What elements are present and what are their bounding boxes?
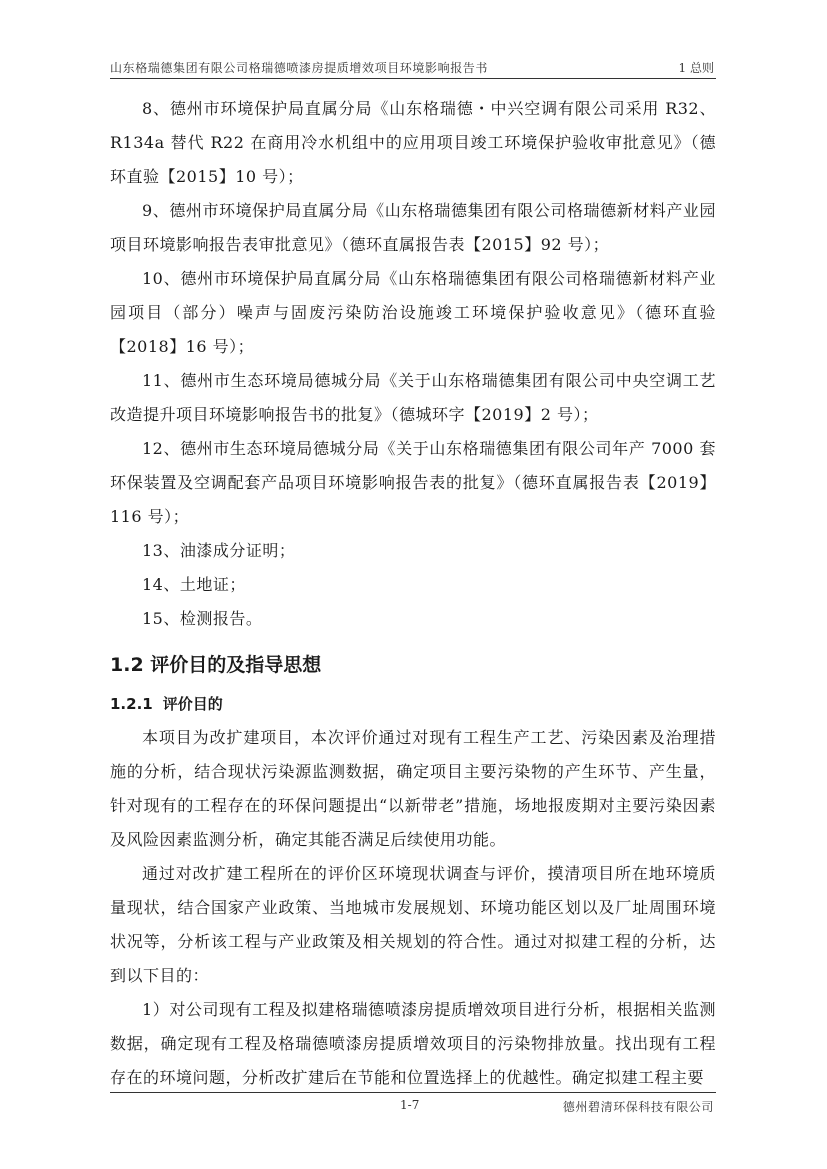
page-number: 1-7 bbox=[400, 1098, 419, 1112]
page-header: 山东格瑞德集团有限公司格瑞德喷漆房提质增效项目环境影响报告书 1 总则 bbox=[110, 58, 716, 79]
reference-item: 9、德州市环境保护局直属分局《山东格瑞德集团有限公司格瑞德新材料产业园项目环境影… bbox=[110, 194, 716, 262]
subsection-heading: 1.2.1评价目的 bbox=[110, 687, 716, 721]
page-footer: 1-7 德州碧清环保科技有限公司 bbox=[110, 1092, 716, 1113]
section-heading: 1.2 评价目的及指导思想 bbox=[110, 653, 716, 677]
reference-item: 10、德州市环境保护局直属分局《山东格瑞德集团有限公司格瑞德新材料产业园项目（部… bbox=[110, 262, 716, 364]
subsection-title: 评价目的 bbox=[163, 695, 223, 713]
body-paragraph: 1）对公司现有工程及拟建格瑞德喷漆房提质增效项目进行分析，根据相关监测数据，确定… bbox=[110, 993, 716, 1095]
reference-item: 12、德州市生态环境局德城分局《关于山东格瑞德集团有限公司年产 7000 套环保… bbox=[110, 432, 716, 534]
page-body: 8、德州市环境保护局直属分局《山东格瑞德・中兴空调有限公司采用 R32、R134… bbox=[110, 92, 716, 1095]
reference-item: 11、德州市生态环境局德城分局《关于山东格瑞德集团有限公司中央空调工艺改造提升项… bbox=[110, 364, 716, 432]
body-paragraph: 通过对改扩建工程所在的评价区环境现状调查与评价，摸清项目所在地环境质量现状，结合… bbox=[110, 857, 716, 993]
reference-item: 13、油漆成分证明； bbox=[110, 534, 716, 568]
document-title: 山东格瑞德集团有限公司格瑞德喷漆房提质增效项目环境影响报告书 bbox=[110, 59, 488, 76]
reference-item: 15、检测报告。 bbox=[110, 602, 716, 636]
subsection-number: 1.2.1 bbox=[110, 695, 153, 713]
company-name: 德州碧清环保科技有限公司 bbox=[563, 1098, 714, 1115]
reference-item: 14、土地证； bbox=[110, 568, 716, 602]
body-paragraph: 本项目为改扩建项目，本次评价通过对现有工程生产工艺、污染因素及治理措施的分析，结… bbox=[110, 721, 716, 857]
chapter-label: 1 总则 bbox=[679, 59, 714, 76]
reference-item: 8、德州市环境保护局直属分局《山东格瑞德・中兴空调有限公司采用 R32、R134… bbox=[110, 92, 716, 194]
